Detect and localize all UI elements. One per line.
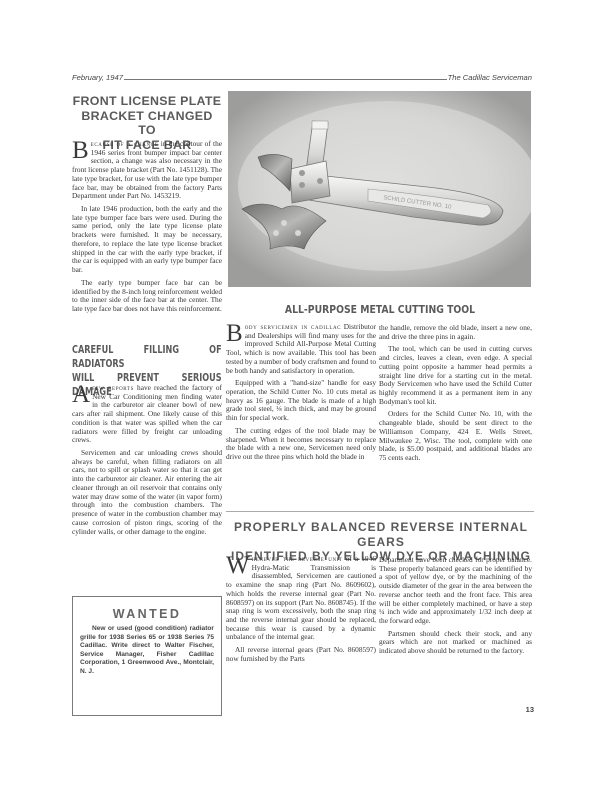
cutting-tool-column-2: the handle, remove the old blade, insert… [379,324,532,467]
paragraph-text: Distributor and Dealerships will find ma… [226,322,376,375]
running-head-rule [124,79,447,80]
paragraph: Partsmen should check their stock, and a… [379,630,532,656]
cutting-tool-photo: SCHILD CUTTER NO. 10 [228,91,531,287]
lead-in: ody servicemen in cadillac [245,322,341,331]
publication-title: The Cadillac Serviceman [448,73,532,82]
paragraph: Body servicemen in cadillac Distributor … [226,323,376,375]
gears-column-1: Whenever the reverse unit of a 1946 Hydr… [226,555,376,668]
paragraph: Whenever the reverse unit of a 1946 Hydr… [226,555,376,642]
headline-line: BRACKET CHANGED TO [72,109,222,138]
license-plate-body: Because of a change in the contour of th… [72,140,222,318]
wanted-text: New or used (good condition) radiator gr… [80,625,214,677]
drop-cap: A [72,385,90,404]
lead-in: henever the reverse unit [252,554,343,563]
headline-line: PROPERLY BALANCED REVERSE INTERNAL GEARS [225,520,537,549]
wanted-notice-box: WANTED New or used (good condition) radi… [72,596,222,716]
headline-line: FRONT LICENSE PLATE [72,94,222,109]
paragraph: Servicemen and car unloading crews shoul… [72,449,222,536]
paragraph: All reverse internal gears (Part No. 860… [226,646,376,663]
radiators-body: Afew reports have reached the factory of… [72,384,222,540]
paragraph: Equipped with a "hand-size" handle for e… [226,379,376,423]
page-number: 13 [504,705,534,714]
paragraph: Afew reports have reached the factory of… [72,384,222,445]
issue-date: February, 1947 [72,73,123,82]
lead-in: few reports [92,383,134,392]
section-divider [226,511,534,512]
wanted-title: WANTED [80,607,214,621]
cutting-tool-illustration: SCHILD CUTTER NO. 10 [228,91,531,287]
paragraph-text: in the contour of the 1946 series front … [72,139,222,200]
paragraph: Because of a change in the contour of th… [72,140,222,201]
cutting-tool-column-1: Body servicemen in cadillac Distributor … [226,323,376,466]
paragraph: In late 1946 production, both the early … [72,205,222,275]
cutting-tool-headline: ALL-PURPOSE METAL CUTTING TOOL [247,303,514,316]
paragraph: The cutting edges of the tool blade may … [226,427,376,462]
running-head: February, 1947 The Cadillac Serviceman [72,70,532,82]
headline-line: CAREFUL FILLING OF RADIATORS [72,343,222,371]
lead-in: ecause of a change [91,139,159,148]
paragraph: The early type bumper face bar can be id… [72,279,222,314]
paragraph: the handle, remove the old blade, insert… [379,324,532,341]
paragraph-text: have reached the factory of New Car Cond… [72,383,222,444]
drop-cap: B [72,141,89,160]
paragraph: The tool, which can be used in cutting c… [379,345,532,406]
drop-cap: W [226,556,250,575]
drop-cap: B [226,324,243,343]
gears-column-2: Department have been checked for proper … [379,556,532,660]
paragraph: Department have been checked for proper … [379,556,532,626]
paragraph: Orders for the Schild Cutter No. 10, wit… [379,410,532,462]
